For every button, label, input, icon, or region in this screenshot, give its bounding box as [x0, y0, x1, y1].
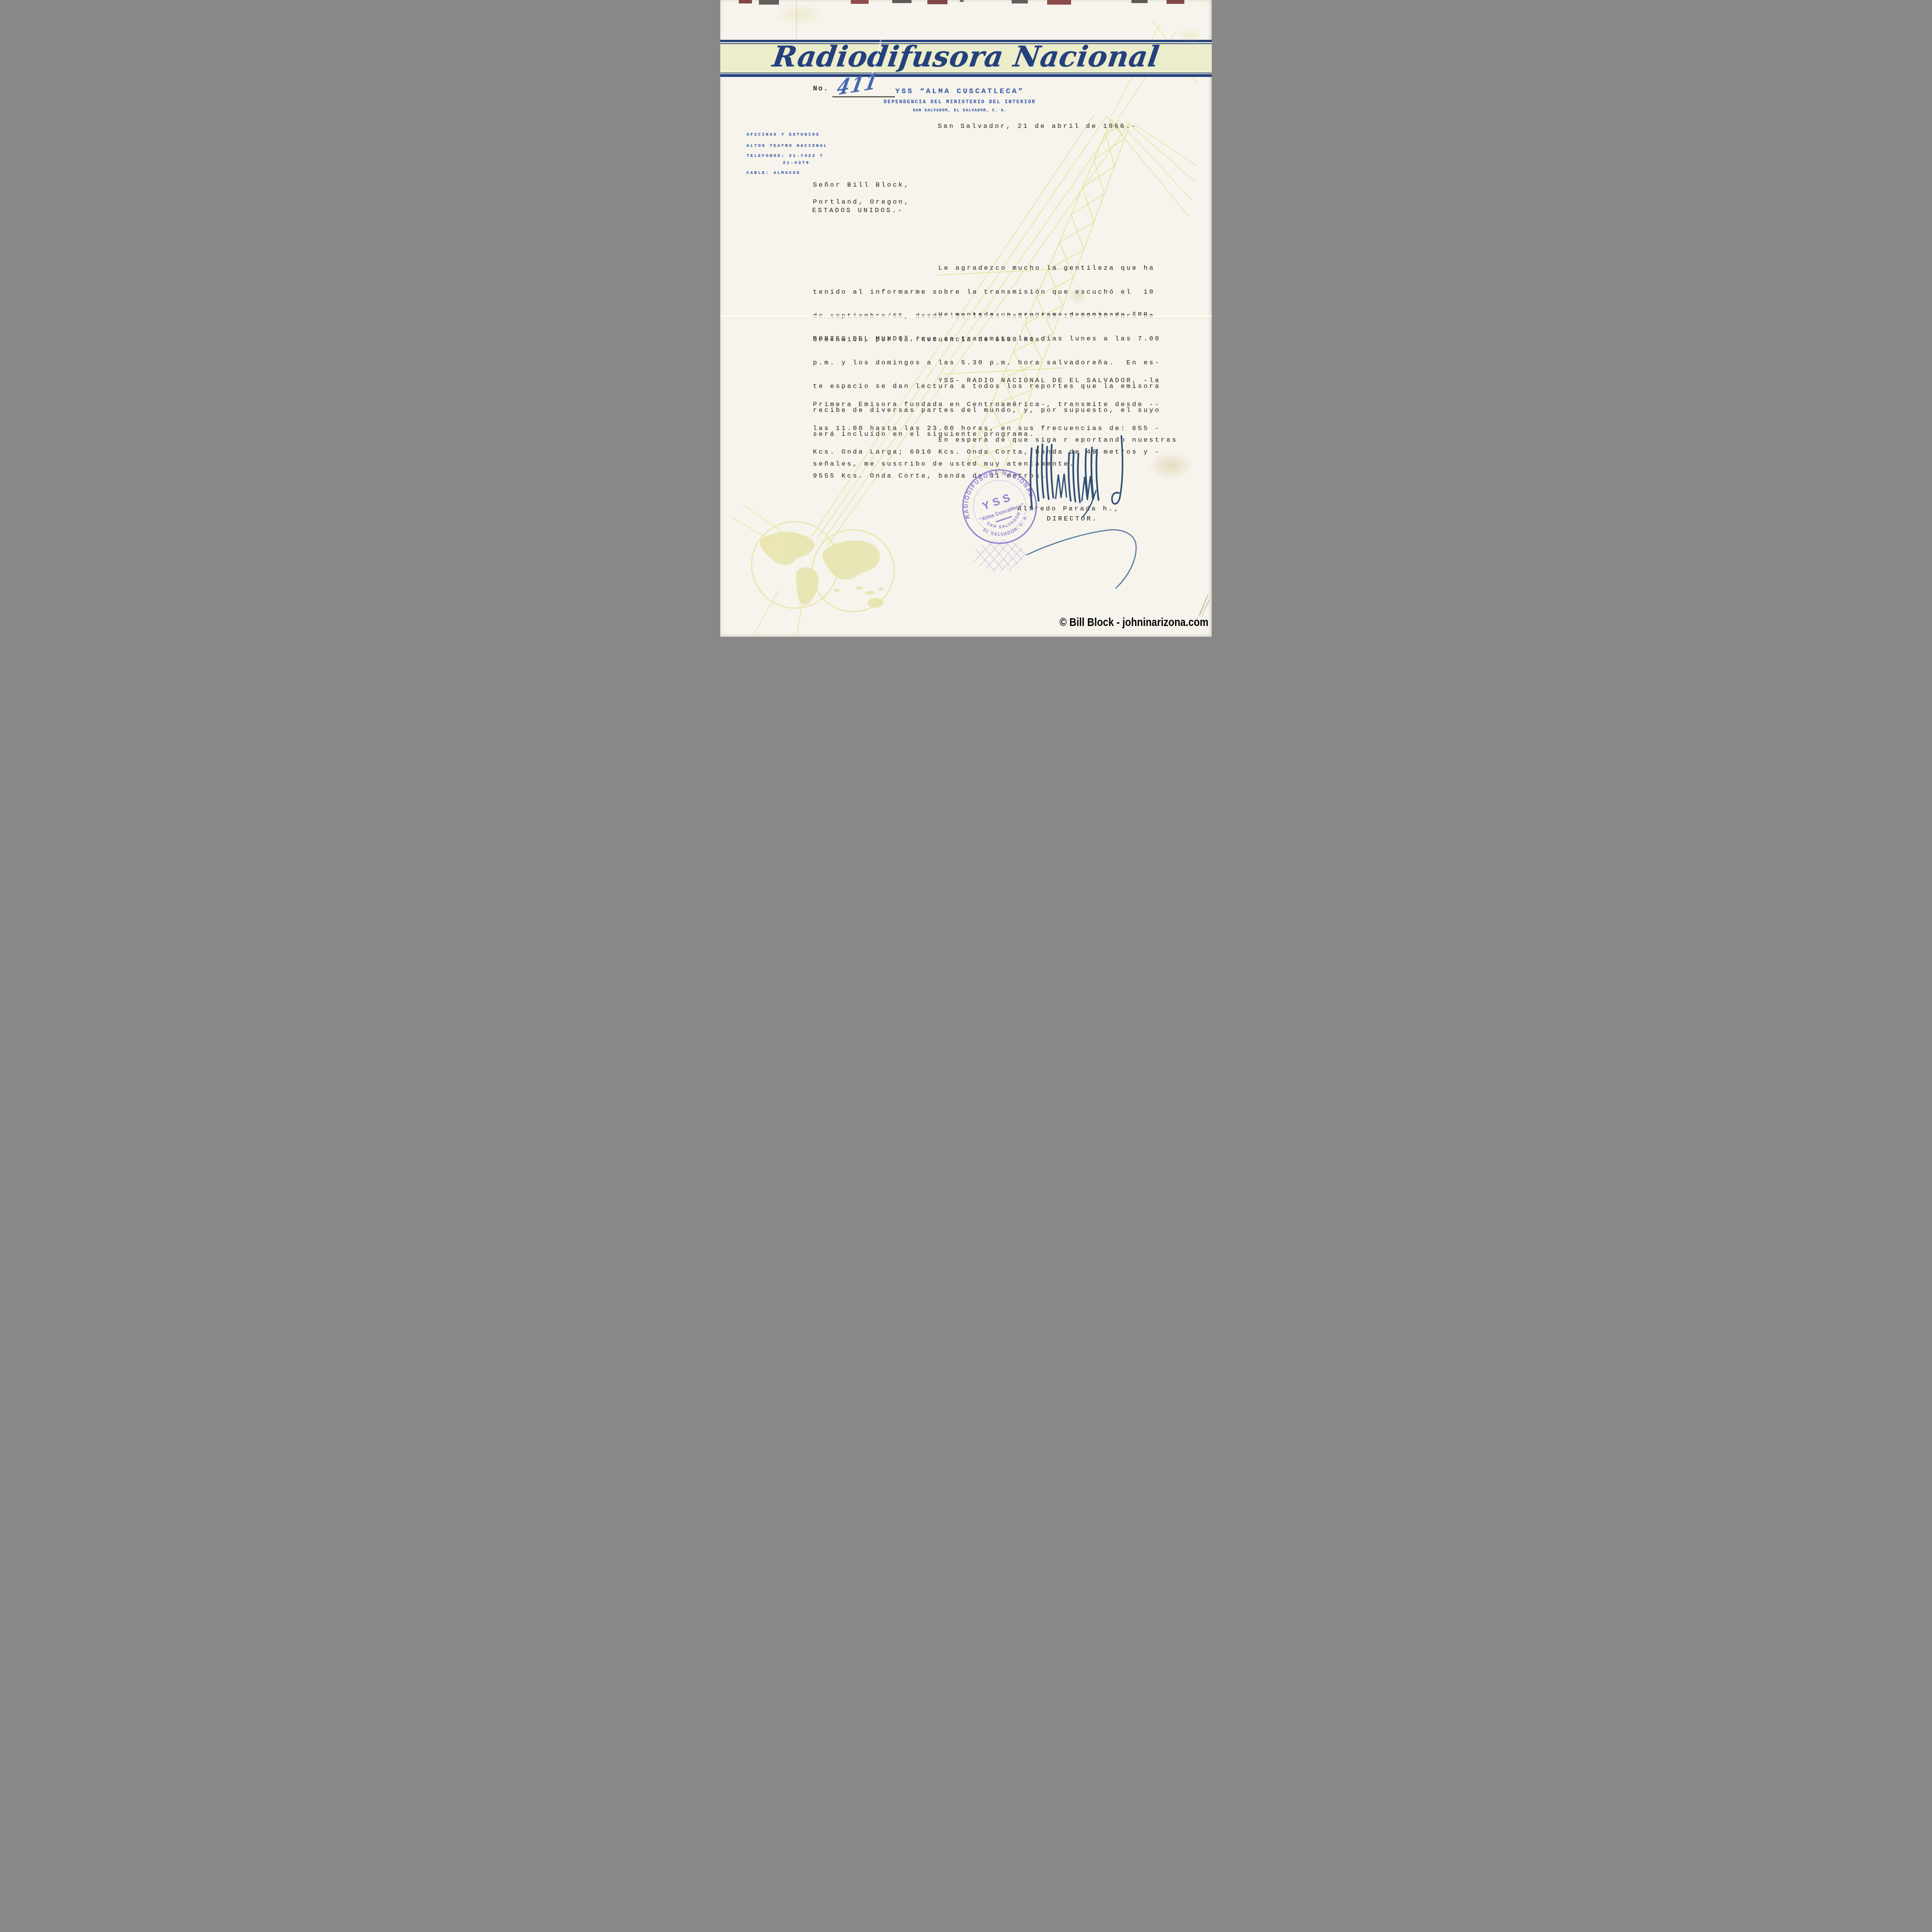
stamp-mesh-pattern: [975, 539, 1026, 571]
paper-stain: [1176, 27, 1203, 43]
fold-crease-horizontal: [720, 315, 1212, 318]
scanned-letter: Radiodifusora Nacional No. 411 YSS “ALMA…: [720, 0, 1212, 637]
signature-scribble: [1031, 436, 1122, 517]
scratch-mark: [1199, 595, 1209, 617]
paper-stain: [1148, 451, 1193, 480]
signature-flourish: [1027, 530, 1136, 588]
paper-stain: [1068, 287, 1088, 305]
copyright-credit: © Bill Block - johninarizona.com: [1060, 616, 1208, 629]
ink-layer: [720, 0, 1212, 637]
scan-edge-artifacts: [720, 0, 1212, 8]
